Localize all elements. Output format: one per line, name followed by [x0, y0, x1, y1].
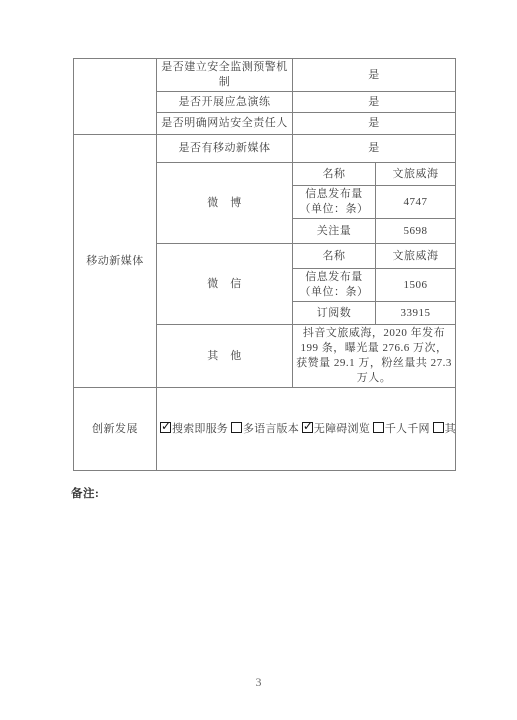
has-new-media-answer: 是: [293, 135, 456, 163]
checkbox-option-multilingual: 多语言版本: [231, 423, 302, 435]
security-question-responsible-person: 是否明确网站安全责任人: [157, 113, 293, 135]
checkbox-option-accessibility: 无障碍浏览: [302, 423, 373, 435]
wechat-subscribers-value: 33915: [376, 302, 456, 325]
wechat-name-label: 名称: [293, 244, 376, 269]
weibo-followers-label: 关注量: [293, 219, 376, 244]
wechat-name-value: 文旅威海: [376, 244, 456, 269]
security-question-drill: 是否开展应急演练: [157, 92, 293, 113]
checkbox-icon[interactable]: [433, 422, 444, 433]
table-row: 移动新媒体 是否有移动新媒体 是: [74, 135, 456, 163]
notes-label: 备注:: [71, 485, 99, 501]
security-answer-drill: 是: [293, 92, 456, 113]
checkbox-option-personalized: 千人千网: [373, 423, 433, 435]
platform-label-wechat: 微 信: [157, 244, 293, 325]
innovation-options-row: 搜索即服务 多语言版本 无障碍浏览 千人千网 其他: [160, 423, 456, 435]
other-media-description: 抖音文旅威海，2020 年发布 199 条，曝光量 276.6 万次，获赞量 2…: [293, 325, 456, 388]
weibo-name-value: 文旅威海: [376, 163, 456, 186]
innovation-options-cell: 搜索即服务 多语言版本 无障碍浏览 千人千网 其他: [157, 388, 456, 471]
weibo-posts-label-line1: 信息发布量: [296, 187, 372, 202]
wechat-subscribers-label: 订阅数: [293, 302, 376, 325]
empty-section-cell: [74, 59, 157, 135]
security-answer-monitoring: 是: [293, 59, 456, 92]
weibo-posts-label-line2: （单位：条）: [296, 202, 372, 217]
security-question-monitoring: 是否建立安全监测预警机制: [157, 59, 293, 92]
wechat-posts-label-line1: 信息发布量: [296, 270, 372, 285]
checkbox-icon[interactable]: [160, 422, 171, 433]
checkbox-label: 其他: [445, 423, 456, 435]
checkbox-label: 千人千网: [385, 423, 430, 435]
checkbox-option-other: 其他: [433, 423, 456, 435]
document-page: 是否建立安全监测预警机制 是 是否开展应急演练 是 是否明确网站安全责任人 是 …: [0, 0, 517, 720]
page-number: 3: [0, 675, 517, 690]
checkbox-label: 多语言版本: [243, 423, 299, 435]
checkbox-icon[interactable]: [373, 422, 384, 433]
weibo-followers-value: 5698: [376, 219, 456, 244]
annual-report-table: 是否建立安全监测预警机制 是 是否开展应急演练 是 是否明确网站安全责任人 是 …: [73, 58, 456, 471]
checkbox-icon[interactable]: [302, 422, 313, 433]
wechat-posts-label-line2: （单位：条）: [296, 285, 372, 300]
weibo-posts-value: 4747: [376, 186, 456, 219]
section-label-mobile-media: 移动新媒体: [74, 135, 157, 388]
checkbox-label: 搜索即服务: [172, 423, 228, 435]
checkbox-option-search-service: 搜索即服务: [160, 423, 231, 435]
checkbox-icon[interactable]: [231, 422, 242, 433]
security-answer-responsible-person: 是: [293, 113, 456, 135]
wechat-posts-label: 信息发布量 （单位：条）: [293, 269, 376, 302]
has-new-media-question: 是否有移动新媒体: [157, 135, 293, 163]
checkbox-label: 无障碍浏览: [314, 423, 370, 435]
weibo-posts-label: 信息发布量 （单位：条）: [293, 186, 376, 219]
platform-label-weibo: 微 博: [157, 163, 293, 244]
platform-label-other: 其 他: [157, 325, 293, 388]
weibo-name-label: 名称: [293, 163, 376, 186]
table-row: 创新发展 搜索即服务 多语言版本 无障碍浏览 千人千网 其他: [74, 388, 456, 471]
wechat-posts-value: 1506: [376, 269, 456, 302]
section-label-innovation: 创新发展: [74, 388, 157, 471]
table-row: 是否建立安全监测预警机制 是: [74, 59, 456, 92]
